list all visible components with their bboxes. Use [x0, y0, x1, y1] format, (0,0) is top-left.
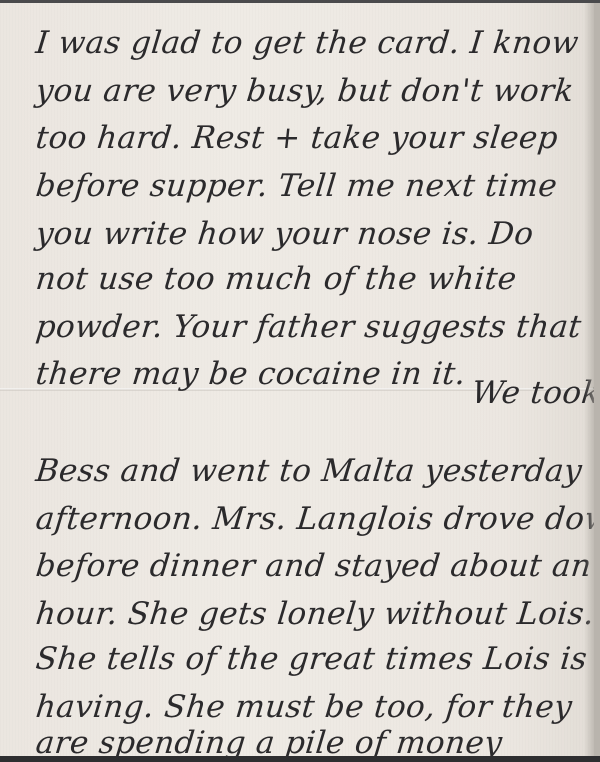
scan-bottom-edge — [0, 756, 600, 762]
letter-line-3: too hard. Rest + take your sleep — [34, 120, 560, 156]
letter-line-11: afternoon. Mrs. Langlois drove down — [34, 501, 594, 537]
scan-right-edge — [594, 3, 600, 756]
letter-line-7: powder. Your father suggests that — [34, 309, 583, 345]
letter-line-12: before dinner and stayed about an — [34, 548, 593, 584]
letter-line-9: We took — [470, 375, 594, 411]
letter-line-6: not use too much of the white — [34, 261, 518, 297]
letter-line-15: having. She must be too, for they — [34, 689, 574, 725]
letter-line-10: Bess and went to Malta yesterday — [34, 453, 584, 489]
letter-line-2: you are very busy, but don't work — [34, 73, 576, 109]
letter-line-16: are spending a pile of money — [34, 725, 504, 756]
letter-line-5: you write how your nose is. Do — [34, 216, 535, 252]
letter-line-14: She tells of the great times Lois is — [34, 641, 589, 677]
letter-line-8: there may be cocaine in it. — [34, 356, 468, 392]
letter-line-4: before supper. Tell me next time — [34, 168, 559, 204]
letter-page: I was glad to get the card. I know you a… — [0, 3, 594, 756]
letter-line-13: hour. She gets lonely without Lois. — [34, 596, 594, 632]
letter-line-1: I was glad to get the card. I know — [34, 25, 581, 61]
